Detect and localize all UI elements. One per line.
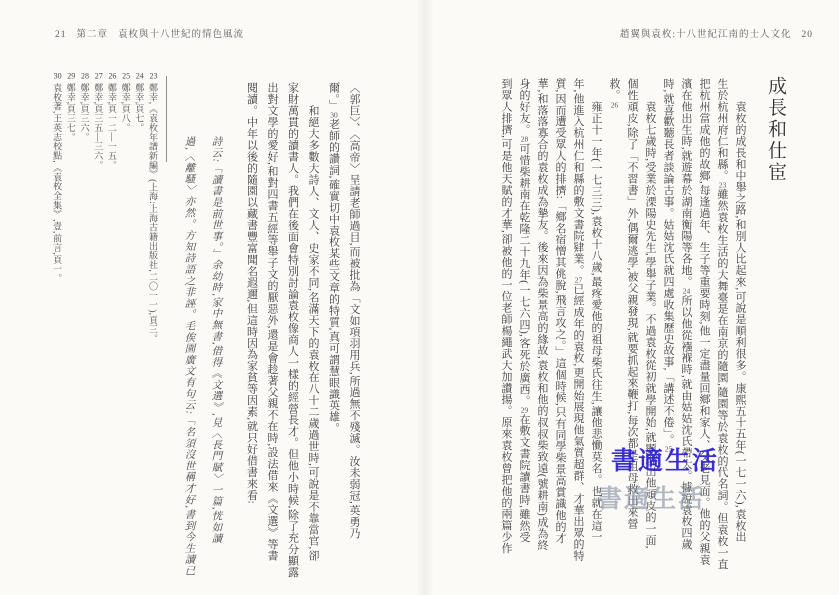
text-column: 雍正十一年(一七三三),袁枚十八歲,最疼愛他的祖母柴氏往生,讓他悲慟莫名。也就在… [590, 78, 601, 542]
footnote-item: 24鄭幸,頁七。 [134, 72, 143, 132]
footnote-number: 25 [122, 72, 131, 80]
text-column: 到眾人排擠,可是他天賦的才華,卻被他的一位老師楊繩武大加讚揚。原來袁枚曾把他的兩… [500, 78, 511, 554]
quote-column: 過,〈離騷〉亦然。方知詩語之非誣。毛俟園廣文有句云:「名須沒世稱才好,書到今生讀… [183, 136, 194, 577]
watermark-primary: 書適生活 [611, 441, 719, 477]
footnote-item: 27鄭幸,頁三五—三六。 [93, 72, 102, 170]
footnote-item: 23鄭幸,《袁枚年譜新編》(上海:上海古籍出版社,二〇一一),頁三。 [148, 72, 157, 343]
footnote-number: 27 [94, 72, 103, 80]
text-column: 質,因而遭受眾人的排擠:「鄉名宿憎其佻脫,飛言攻之。」這個時候,只有同學柴景高賞… [554, 78, 565, 544]
footnote-number: 26 [108, 72, 117, 80]
page-number-left: 21 [55, 30, 67, 40]
text-column: 救。26 [608, 78, 619, 108]
footnote-number: 28 [81, 72, 90, 80]
chapter-title: 袁枚與十八世紀的情色風流 [118, 30, 244, 40]
book-title: 趙翼與袁枚:十八世紀江南的士人文化 [620, 30, 792, 40]
note-reference: 23 [718, 181, 727, 189]
text-column: 閱讀。中年以後的隨園以藏書豐富聞名遐邇,但這時因為家貧等因素,就只好借書來看: [246, 82, 257, 504]
footnote-number: 24 [135, 72, 144, 80]
text-column: 時,就喜歡聽長者談論古事。姑姑沈氏就四處收集歷史故事,「講述不倦」。25 [662, 78, 673, 453]
footnote-number: 29 [67, 72, 76, 80]
note-reference: 27 [574, 276, 583, 284]
footnote-number: 30 [53, 72, 62, 80]
page-gutter [416, 0, 434, 595]
running-head-right: 趙翼與袁枚:十八世紀江南的士人文化20 [620, 26, 813, 40]
footnote-item: 26鄭幸,頁一二—一五。 [107, 72, 116, 170]
footnote-item: 30袁枚著,王英志校點,《袁枚全集》,壹,前言,頁一。 [52, 72, 61, 283]
text-column: 〈郭巨〉、〈高帝〉呈請老師過目,而被批為「文如項羽用兵,所過無不殘滅。汝未弱冠,… [348, 82, 359, 539]
footnote-item: 28鄭幸,頁三六。 [80, 72, 89, 142]
note-reference: 29 [520, 406, 529, 414]
footnote-number: 23 [149, 72, 158, 80]
text-column: 華,和落落寡合的袁枚成為摯友。後來因為柴景高的緣故,袁枚和他的叔叔柴致遠(號耕南… [536, 78, 547, 551]
text-column: 年,他進入杭州仁和縣的敷文書院肄業。27已經成年的袁枚,更開始展現他氣質超群、才… [572, 78, 583, 561]
note-reference: 28 [520, 135, 529, 143]
section-title: 成長和仕宦 [766, 76, 785, 184]
footnote-item: 25鄭幸,頁八。 [121, 72, 130, 132]
text-column: 袁枚的成長和中舉之路,和別人比起來,可說是順利很多。康熙五十五年(一七一六),袁… [734, 78, 745, 542]
running-head-left: 21第二章袁枚與十八世紀的情色風流 [55, 26, 244, 40]
text-column: 身的好友。28可惜柴耕南在乾隆二十九年(一七六四),客死於廣西。29在敷文書院讀… [518, 78, 529, 543]
text-column: 出對文學的愛好,和對四書五經等舉子文的厭惡外,還是會趁著父親不在時,設法借來《文… [266, 82, 277, 561]
note-reference: 30 [330, 111, 339, 119]
footnote-divider [166, 76, 167, 162]
footnote-item: 29鄭幸,頁三七。 [66, 72, 75, 142]
chapter-label: 第二章 [77, 30, 109, 40]
text-column: 爾。」30老師的讚詞,確實切中袁枚某些文章的特質,真可謂慧眼識英雄。 [328, 82, 339, 434]
note-reference: 26 [610, 101, 619, 109]
quote-column: 詩云:「讀書是前世事。」余幼時,家中無書,借得《文選》,見〈長門賦〉一篇,恍如讀 [210, 136, 221, 544]
page-number-right: 20 [802, 30, 814, 40]
watermark-ghost: 書適生活 [597, 479, 705, 515]
text-column: 家財萬貫的讀書人。我們在後面會特別討論袁枚像商人一樣的經營長才。但他小時候,除了… [287, 82, 298, 578]
text-column: 生於杭州府仁和縣。23雖然袁枚生活的大舞臺是在南京的隨園,隨園等於袁枚的代名詞。… [716, 78, 727, 570]
note-reference: 24 [682, 287, 691, 295]
text-column: 和絕大多數大詩人、文人、史家不同,名滿天下的袁枚在八十二歲過世時,可說是不靠當官… [307, 82, 318, 561]
